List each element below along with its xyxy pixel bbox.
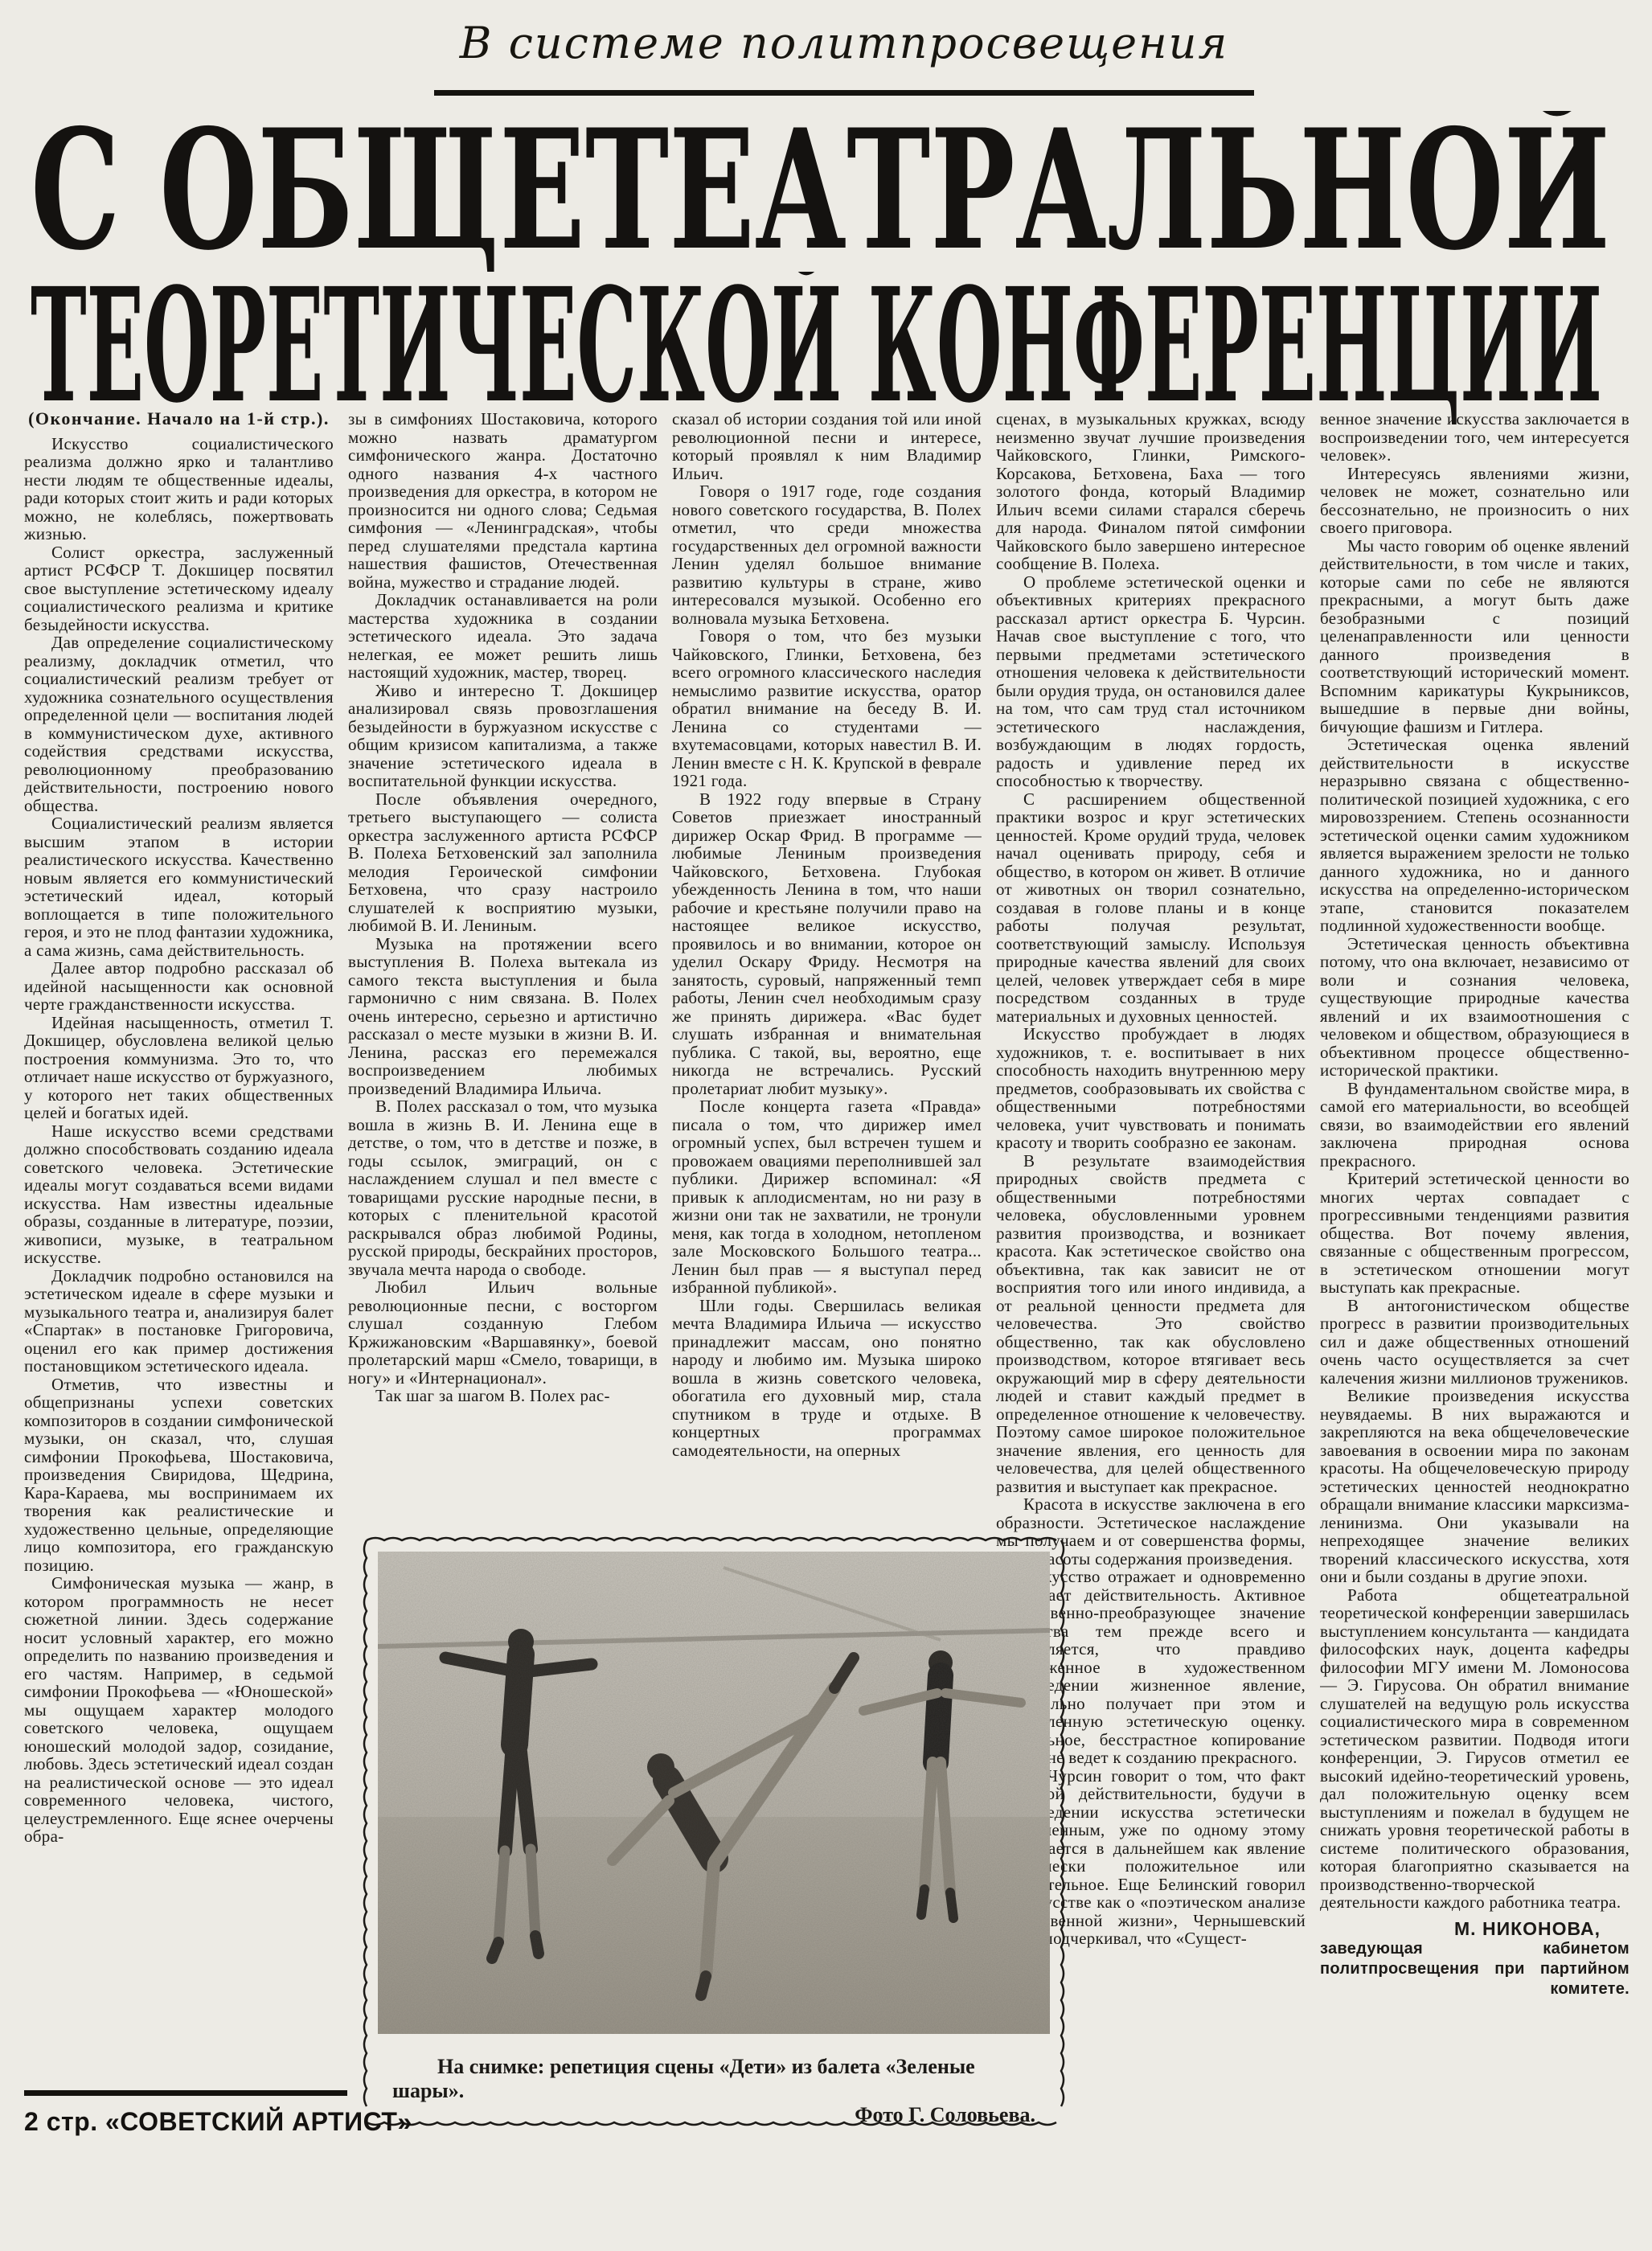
paragraph: Отметив, что известны и общепризнаны усп…	[24, 1376, 334, 1575]
paragraph: Мы часто говорим об оценке явлений дейст…	[1320, 537, 1629, 736]
photo-caption-text: На снимке: репетиция сцены «Дети» из бал…	[392, 2055, 1035, 2103]
ballet-photo-illustration	[378, 1552, 1050, 2034]
paragraph: Великие произведения искусства неувядаем…	[1320, 1387, 1629, 1586]
svg-text:С ОБЩЕТЕАТРАЛЬНОЙ: С ОБЩЕТЕАТРАЛЬНОЙ	[31, 111, 1610, 272]
paragraph: В антогонистическом обществе прогресс в …	[1320, 1297, 1629, 1388]
paragraph: Солист оркестра, заслуженный артист РСФС…	[24, 543, 334, 634]
paragraph: сказал об истории создания той или иной …	[672, 410, 982, 482]
paragraph: Работа общетеатральной теоретической кон…	[1320, 1586, 1629, 1912]
halftone-grain	[378, 1552, 1050, 2034]
paragraph: В фундаментальном свойстве мира, в самой…	[1320, 1080, 1629, 1171]
article-column-3: сказал об истории создания той или иной …	[672, 410, 982, 1529]
paragraph: Искусство социалистического реализма дол…	[24, 435, 334, 543]
paragraph: После объявления очередного, третьего вы…	[348, 790, 658, 935]
paragraph: С расширением общественной практики возр…	[996, 790, 1306, 1026]
newspaper-page: В системе политпросвещения С ОБЩЕТЕАТРАЛ…	[0, 0, 1652, 2251]
paragraph: В. Полех рассказал о том, что музыка вош…	[348, 1097, 658, 1278]
paragraph: Искусство пробуждает в людях художников,…	[996, 1025, 1306, 1152]
column-5-text: венное значение искусства заключается в …	[1320, 410, 1629, 1912]
author-signature: М. НИКОНОВА, заведующая кабинетом политп…	[1320, 1920, 1629, 2000]
paragraph: Критерий эстетической ценности во многих…	[1320, 1170, 1629, 1297]
paragraph: Далее автор подробно рассказал об идейно…	[24, 959, 334, 1014]
author-title: заведующая кабинетом политпросвещения пр…	[1320, 1939, 1629, 1999]
paragraph: О проблеме эстетической оценки и объекти…	[996, 573, 1306, 790]
paragraph: Эстетическая ценность объективна потому,…	[1320, 935, 1629, 1080]
paragraph: Живо и интересно Т. Докшицер анализирова…	[348, 682, 658, 790]
paragraph: сценах, в музыкальных кружках, всюду неи…	[996, 410, 1306, 573]
paragraph: Так шаг за шагом В. Полех рас-	[348, 1387, 658, 1405]
kicker: В системе политпросвещения	[434, 18, 1254, 68]
paragraph: Дав определение социалистическому реализ…	[24, 633, 334, 814]
article-column-1: (Окончание. Начало на 1-й стр.). Искусст…	[24, 410, 334, 2071]
svg-text:ТЕОРЕТИЧЕСКОЙ КОНФЕРЕНЦИИ: ТЕОРЕТИЧЕСКОЙ КОНФЕРЕНЦИИ	[31, 272, 1602, 424]
headline-line2: ТЕОРЕТИЧЕСКОЙ КОНФЕРЕНЦИИ	[31, 272, 1630, 424]
photo-caption: На снимке: репетиция сцены «Дети» из бал…	[392, 2055, 1035, 2127]
kicker-underline-rule	[434, 90, 1254, 96]
paragraph: Докладчик останавливается на роли мастер…	[348, 591, 658, 682]
paragraph: Интересуясь явлениями жизни, человек не …	[1320, 465, 1629, 537]
paragraph: венное значение искусства заключается в …	[1320, 410, 1629, 465]
paragraph: Говоря о 1917 годе, годе создания нового…	[672, 482, 982, 627]
paragraph: Говоря о том, что без музыки Чайковского…	[672, 627, 982, 790]
paragraph: Идейная насыщенность, отметил Т. Докшице…	[24, 1014, 334, 1122]
paragraph: Эстетическая оценка явлений действительн…	[1320, 736, 1629, 935]
page-footer: 2 стр. «СОВЕТСКИЙ АРТИСТ»	[24, 2090, 347, 2137]
paragraph: зы в симфониях Шостаковича, которого мож…	[348, 410, 658, 591]
paragraph: Шли годы. Свершилась великая мечта Влади…	[672, 1297, 982, 1460]
column-2-text: зы в симфониях Шостаковича, которого мож…	[348, 410, 658, 1405]
paragraph: Докладчик подробно остановился на эстети…	[24, 1267, 334, 1376]
column-3-text: сказал об истории создания той или иной …	[672, 410, 982, 1459]
photo-block: На снимке: репетиция сцены «Дети» из бал…	[360, 1534, 1068, 2129]
author-name: М. НИКОНОВА,	[1320, 1920, 1629, 1938]
paragraph: В 1922 году впервые в Страну Советов при…	[672, 790, 982, 1098]
paragraph: После концерта газета «Правда» писала о …	[672, 1097, 982, 1297]
headline-line1: С ОБЩЕТЕАТРАЛЬНОЙ	[31, 111, 1630, 272]
footer-rule	[24, 2090, 347, 2096]
article-column-2: зы в симфониях Шостаковича, которого мож…	[348, 410, 658, 1529]
paragraph: В результате взаимодействия природных св…	[996, 1152, 1306, 1496]
paragraph: Симфоническая музыка — жанр, в котором п…	[24, 1574, 334, 1846]
paragraph: Социалистический реализм является высшим…	[24, 814, 334, 959]
paragraph: Любил Ильич вольные революционные песни,…	[348, 1278, 658, 1387]
paragraph: Наше искусство всеми средствами должно с…	[24, 1122, 334, 1267]
continuation-note: (Окончание. Начало на 1-й стр.).	[24, 410, 334, 428]
page-number-and-title: 2 стр. «СОВЕТСКИЙ АРТИСТ»	[24, 2107, 347, 2137]
ballet-rehearsal-photo	[378, 1552, 1050, 2034]
column-1-text: Искусство социалистического реализма дол…	[24, 435, 334, 1846]
photo-credit: Фото Г. Соловьева.	[392, 2103, 1035, 2127]
article-column-5: венное значение искусства заключается в …	[1320, 410, 1629, 2163]
paragraph: Музыка на протяжении всего выступления В…	[348, 935, 658, 1098]
